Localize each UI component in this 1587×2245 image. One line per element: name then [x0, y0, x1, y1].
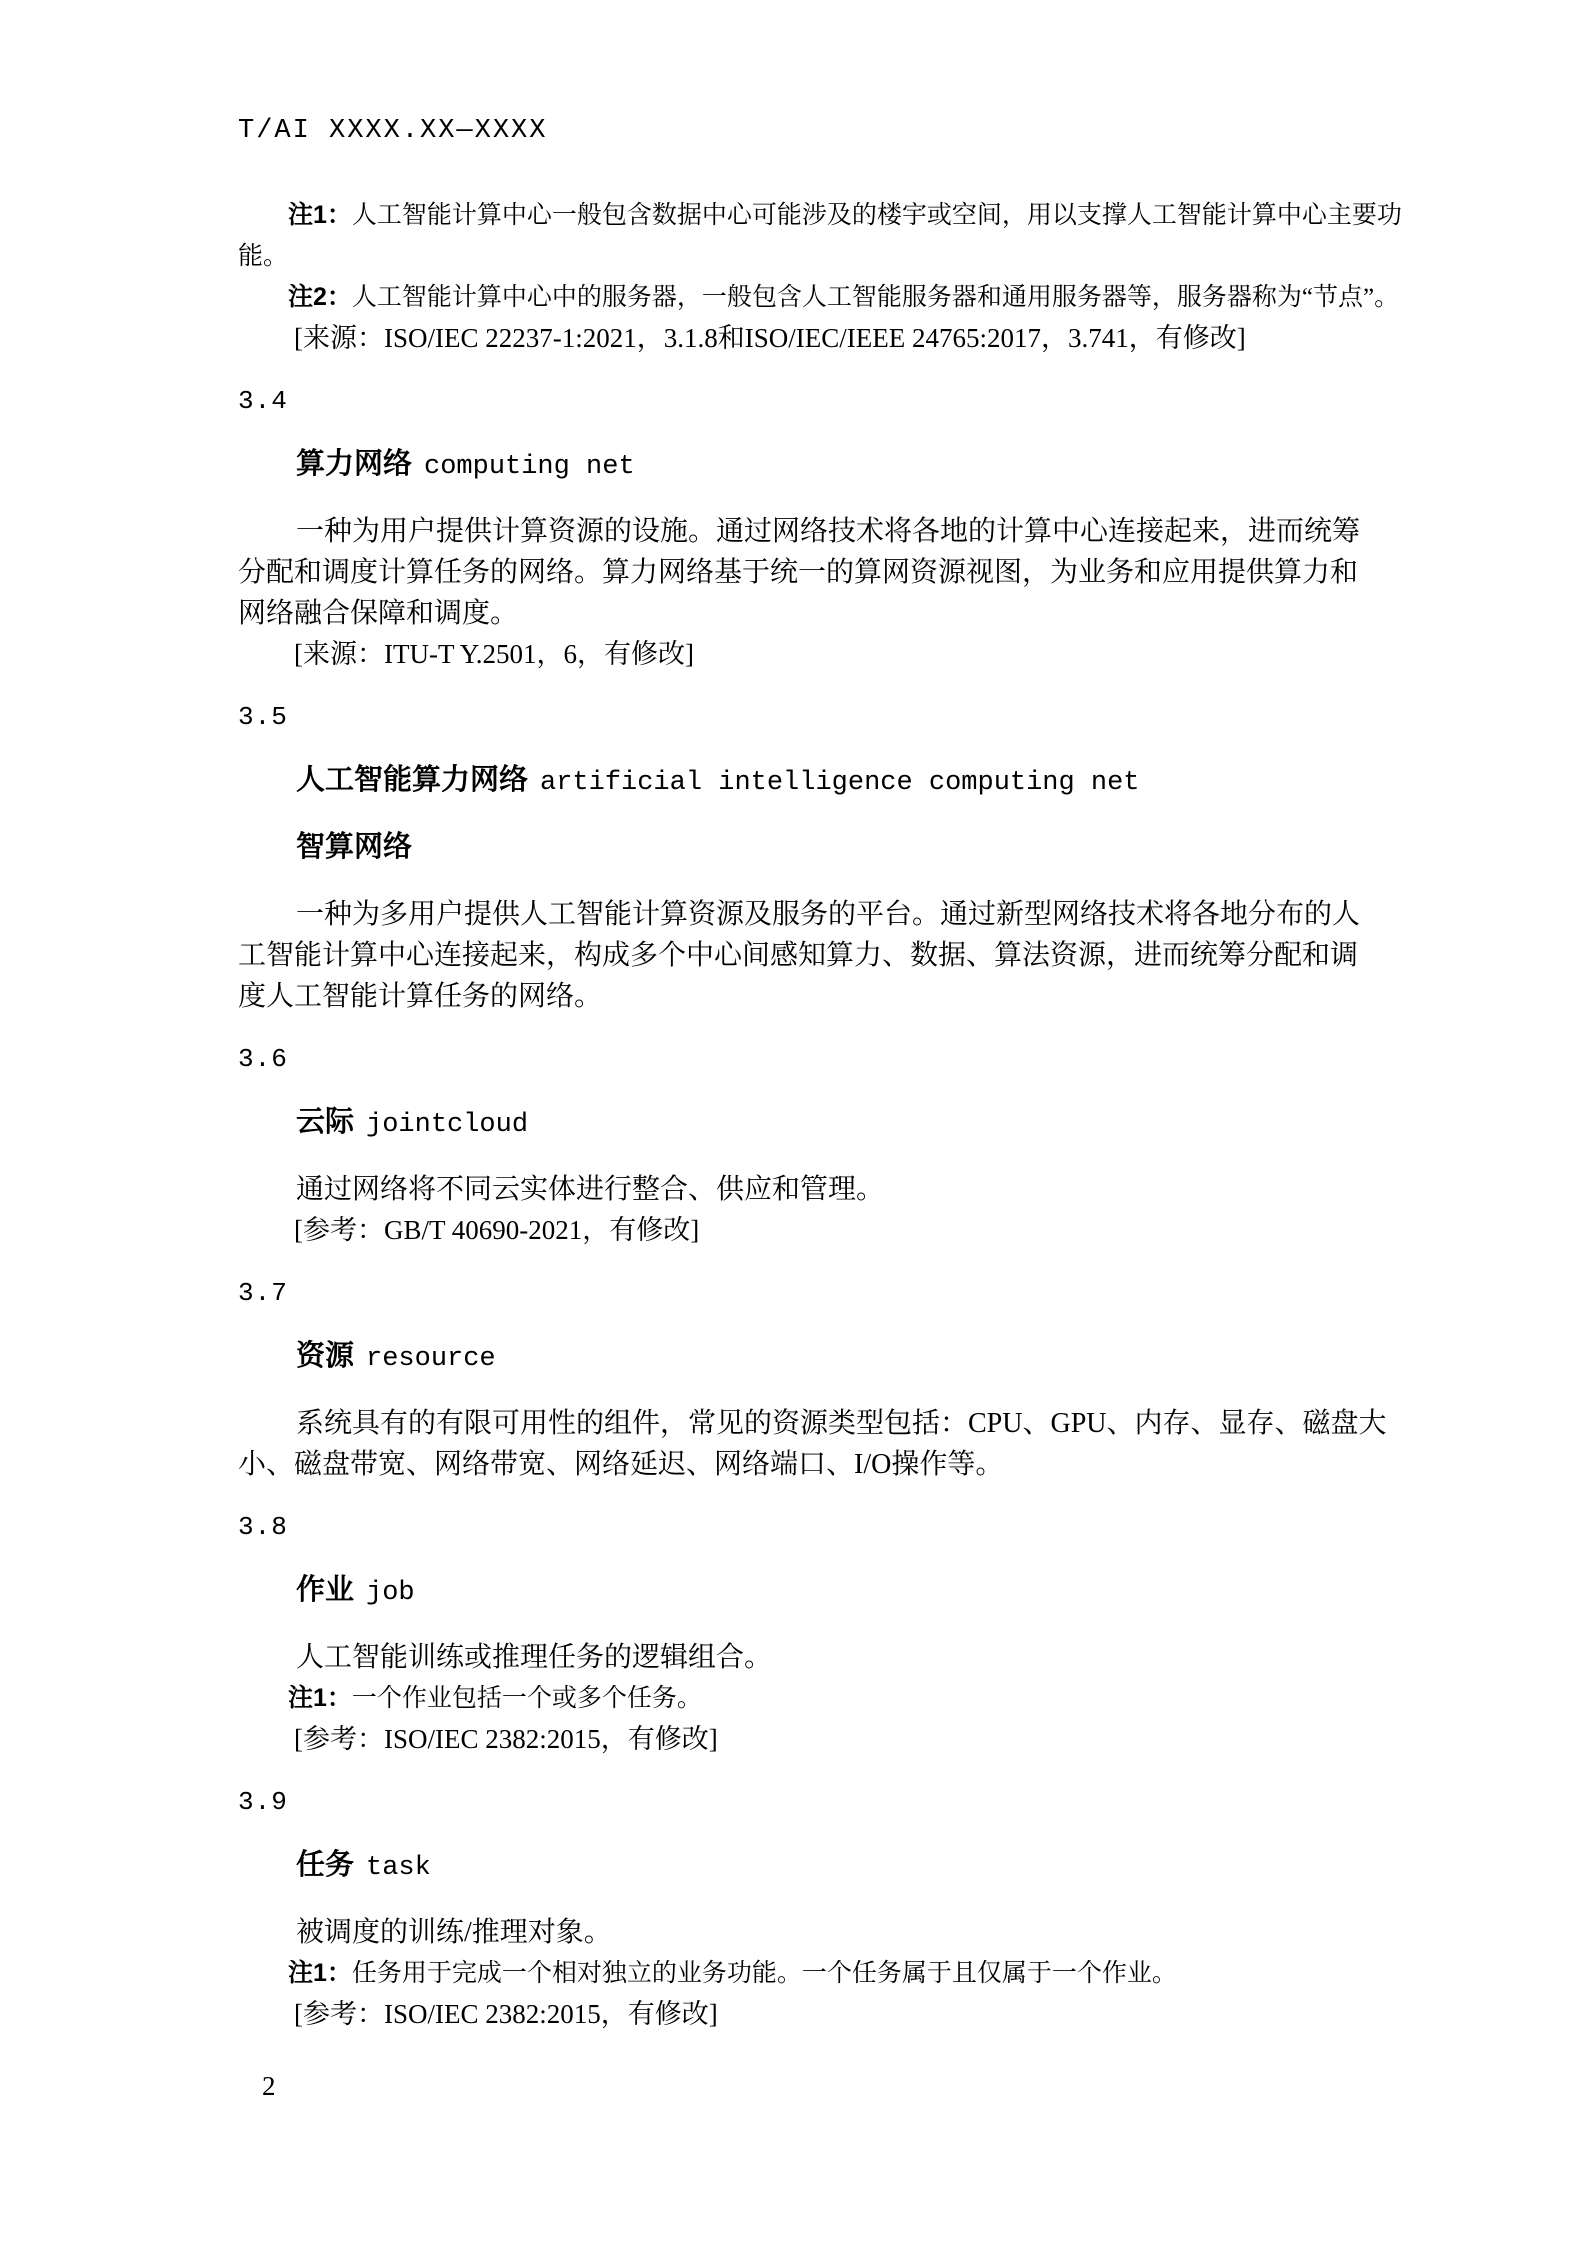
note-text: 人工智能计算中心中的服务器，一般包含人工智能服务器和通用服务器等，服务器称为“节… — [352, 284, 1399, 311]
clause-number: 3.7 — [238, 1273, 1360, 1314]
definition-line: 一种为用户提供计算资源的设施。通过网络技术将各地的计算中心连接起来，进而统筹 — [238, 511, 1360, 552]
term-heading: 作业job — [238, 1570, 1360, 1615]
clause-number: 3.6 — [238, 1039, 1360, 1080]
note-label: 注1： — [288, 201, 352, 229]
definition-line: 度人工智能计算任务的网络。 — [238, 976, 1360, 1017]
term-en: resource — [366, 1344, 496, 1374]
term-en: computing net — [424, 452, 635, 482]
term-zh: 算力网络 — [296, 448, 412, 480]
section-3-8: 3.8 作业job 人工智能训练或推理任务的逻辑组合。 注1：一个作业包括一个或… — [238, 1507, 1360, 1760]
note-label: 注1： — [288, 1959, 352, 1987]
term-zh: 人工智能算力网络 — [296, 764, 528, 796]
definition-line: 工智能计算中心连接起来，构成多个中心间感知算力、数据、算法资源，进而统筹分配和调 — [238, 935, 1360, 976]
section-3-9: 3.9 任务task 被调度的训练/推理对象。 注1：任务用于完成一个相对独立的… — [238, 1782, 1360, 2035]
term-en: task — [366, 1853, 431, 1883]
clause-number: 3.4 — [238, 381, 1360, 422]
term-heading: 算力网络computing net — [238, 444, 1360, 489]
page-content: T/AI XXXX.XX—XXXX 注1：人工智能计算中心一般包含数据中心可能涉… — [238, 0, 1360, 2035]
section-3-7: 3.7 资源resource 系统具有的有限可用性的组件，常见的资源类型包括：C… — [238, 1273, 1360, 1485]
term-en: artificial intelligence computing net — [540, 768, 1140, 798]
source-line: [参考：ISO/IEC 2382:2015，有修改] — [238, 1719, 1360, 1760]
term-zh: 资源 — [296, 1340, 354, 1372]
definition-line: 一种为多用户提供人工智能计算资源及服务的平台。通过新型网络技术将各地分布的人 — [238, 894, 1360, 935]
definition-line: 网络融合保障和调度。 — [238, 593, 1360, 634]
note-line: 注1：任务用于完成一个相对独立的业务功能。一个任务属于且仅属于一个作业。 — [238, 1953, 1360, 1994]
term-heading: 云际jointcloud — [238, 1102, 1360, 1147]
term-heading: 人工智能算力网络artificial intelligence computin… — [238, 760, 1360, 805]
definition-line: 小、磁盘带宽、网络带宽、网络延迟、网络端口、I/O操作等。 — [238, 1444, 1360, 1485]
term-zh: 云际 — [296, 1106, 354, 1138]
document-page: T/AI XXXX.XX—XXXX 注1：人工智能计算中心一般包含数据中心可能涉… — [0, 0, 1587, 2245]
note-line: 注2：人工智能计算中心中的服务器，一般包含人工智能服务器和通用服务器等，服务器称… — [238, 277, 1360, 318]
term-alias: 智算网络 — [296, 831, 412, 863]
term-alias-heading: 智算网络 — [238, 827, 1360, 872]
note-label: 注2： — [288, 283, 352, 311]
note-text: 人工智能计算中心一般包含数据中心可能涉及的楼宇或空间，用以支撑人工智能计算中心主… — [352, 202, 1402, 229]
definition-line: 通过网络将不同云实体进行整合、供应和管理。 — [238, 1169, 1360, 1210]
source-line: [参考：ISO/IEC 2382:2015，有修改] — [238, 1994, 1360, 2035]
term-heading: 任务task — [238, 1845, 1360, 1890]
note-line: 注1：一个作业包括一个或多个任务。 — [238, 1678, 1360, 1719]
section-3-4: 3.4 算力网络computing net 一种为用户提供计算资源的设施。通过网… — [238, 381, 1360, 675]
standard-number-header: T/AI XXXX.XX—XXXX — [238, 111, 1360, 151]
clause-number: 3.8 — [238, 1507, 1360, 1548]
term-zh: 作业 — [296, 1574, 354, 1606]
source-line: [来源：ISO/IEC 22237-1:2021，3.1.8和ISO/IEC/I… — [238, 318, 1360, 359]
definition-line: 系统具有的有限可用性的组件，常见的资源类型包括：CPU、GPU、内存、显存、磁盘… — [238, 1403, 1360, 1444]
page-number: 2 — [262, 2066, 276, 2107]
clause-number: 3.5 — [238, 697, 1360, 738]
note-label: 注1： — [288, 1684, 352, 1712]
note-continuation-line: 能。 — [238, 236, 1360, 277]
term-en: job — [366, 1578, 415, 1608]
definition-line: 人工智能训练或推理任务的逻辑组合。 — [238, 1637, 1360, 1678]
definition-line: 被调度的训练/推理对象。 — [238, 1912, 1360, 1953]
section-3-5: 3.5 人工智能算力网络artificial intelligence comp… — [238, 697, 1360, 1017]
source-line: [参考：GB/T 40690-2021，有修改] — [238, 1210, 1360, 1251]
note-text: 一个作业包括一个或多个任务。 — [352, 1685, 702, 1712]
clause-number: 3.9 — [238, 1782, 1360, 1823]
term-en: jointcloud — [366, 1110, 528, 1140]
note-line: 注1：人工智能计算中心一般包含数据中心可能涉及的楼宇或空间，用以支撑人工智能计算… — [238, 195, 1360, 236]
definition-line: 分配和调度计算任务的网络。算力网络基于统一的算网资源视图，为业务和应用提供算力和 — [238, 552, 1360, 593]
note-text: 任务用于完成一个相对独立的业务功能。一个任务属于且仅属于一个作业。 — [352, 1960, 1177, 1987]
source-line: [来源：ITU-T Y.2501，6，有修改] — [238, 634, 1360, 675]
term-heading: 资源resource — [238, 1336, 1360, 1381]
section-3-6: 3.6 云际jointcloud 通过网络将不同云实体进行整合、供应和管理。 [… — [238, 1039, 1360, 1251]
term-zh: 任务 — [296, 1849, 354, 1881]
